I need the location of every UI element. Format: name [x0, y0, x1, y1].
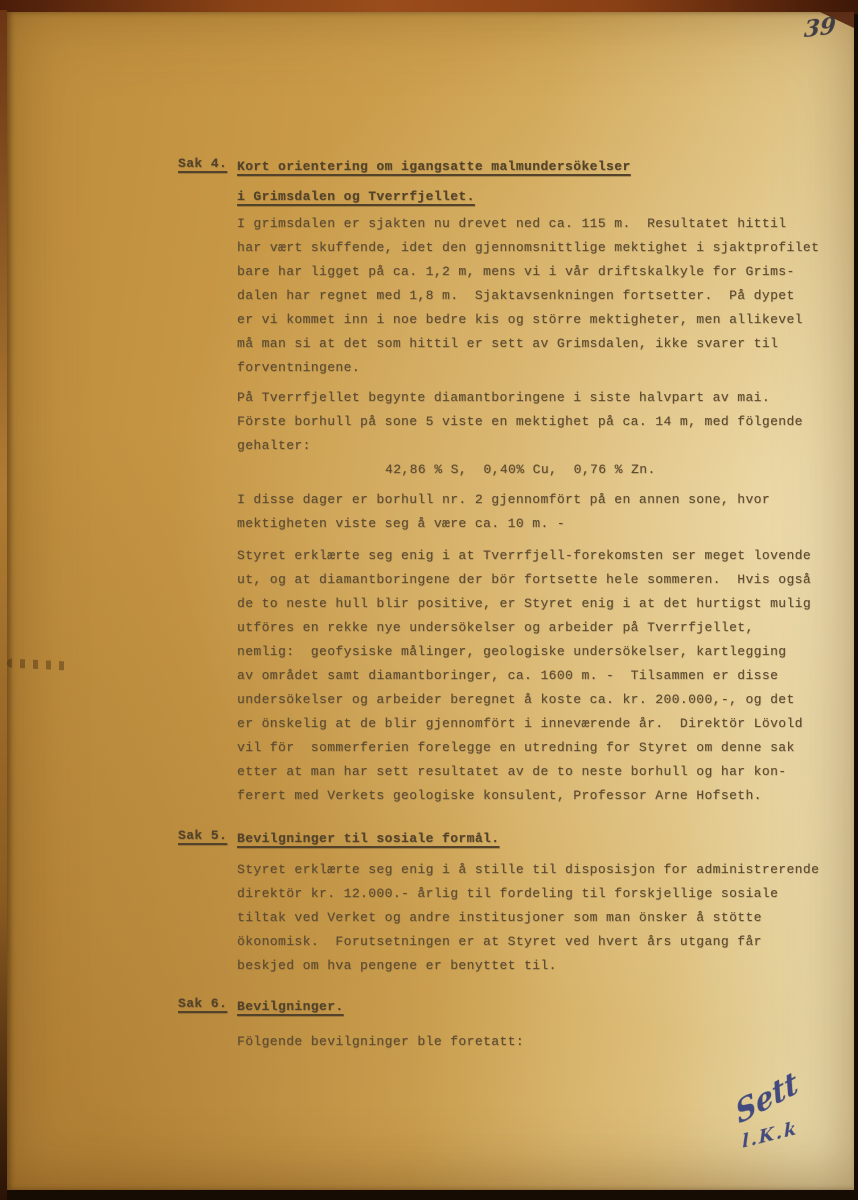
- scanned-document-page: 39 Sak 4. Kort orientering om igangsatte…: [7, 12, 854, 1190]
- paragraph: I disse dager er borhull nr. 2 gjennomfö…: [237, 488, 770, 536]
- table-edge-left: [0, 10, 7, 1200]
- handwritten-page-number: 39: [803, 12, 836, 43]
- assay-values-line: 42,86 % S, 0,40% Cu, 0,76 % Zn.: [385, 458, 656, 482]
- section-title-sak-6: Bevilgninger.: [237, 992, 344, 1022]
- section-title-sak-5: Bevilgninger til sosiale formål.: [237, 824, 499, 854]
- section-title-sak-4: Kort orientering om igangsatte malmunder…: [237, 152, 631, 212]
- smudge-mark: [7, 658, 69, 670]
- paragraph: I grimsdalen er sjakten nu drevet ned ca…: [237, 212, 819, 380]
- section-label-sak-4: Sak 4.: [178, 152, 227, 176]
- handwritten-signature: Sett l.K.k: [716, 1076, 843, 1184]
- paragraph: Styret erklærte seg enig i at Tverrfjell…: [237, 544, 811, 808]
- paragraph: Styret erklærte seg enig i å stille til …: [237, 858, 819, 978]
- section-label-sak-5: Sak 5.: [178, 824, 227, 848]
- section-label-sak-6: Sak 6.: [178, 992, 227, 1016]
- paragraph: På Tverrfjellet begynte diamantboringene…: [237, 386, 803, 458]
- paragraph: Fölgende bevilgninger ble foretatt:: [237, 1030, 524, 1054]
